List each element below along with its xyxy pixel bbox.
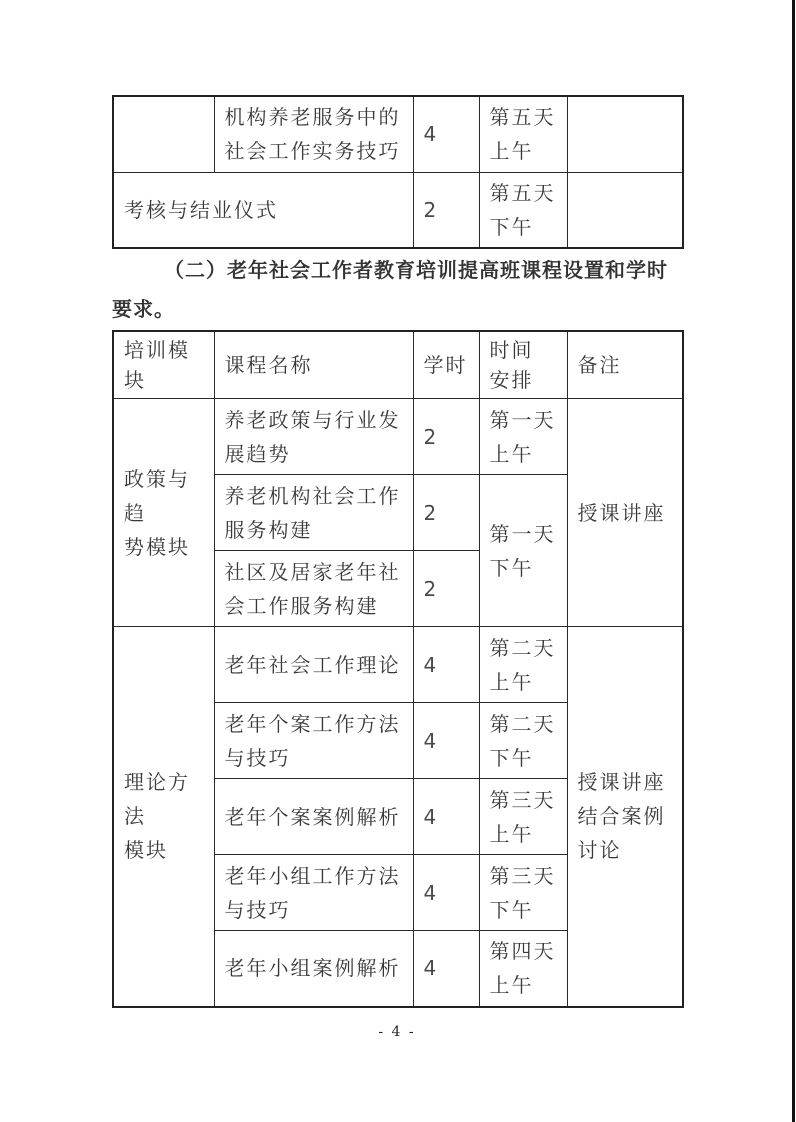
hours-cell: 2 xyxy=(413,475,479,551)
hours-cell: 4 xyxy=(413,96,479,172)
note-cell-empty xyxy=(567,96,683,172)
header-time: 时间 安排 xyxy=(479,331,567,399)
course-cell: 养老政策与行业发 展趋势 xyxy=(214,399,413,475)
time-cell: 第一天 下午 xyxy=(479,475,567,627)
course-cell: 考核与结业仪式 xyxy=(113,172,413,248)
header-hours: 学时 xyxy=(413,331,479,399)
top-table: 机构养老服务中的 社会工作实务技巧 4 第五天 上午 考核与结业仪式 2 第五天… xyxy=(112,95,684,249)
course-cell: 养老机构社会工作 服务构建 xyxy=(214,475,413,551)
header-module: 培训模块 xyxy=(113,331,214,399)
main-table: 培训模块 课程名称 学时 时间 安排 备注 政策与趋 势模块 养老政策与行业发 … xyxy=(112,330,684,1008)
module-cell-empty xyxy=(113,96,214,172)
note-cell-empty xyxy=(567,172,683,248)
hours-cell: 2 xyxy=(413,399,479,475)
header-course: 课程名称 xyxy=(214,331,413,399)
time-cell: 第三天 下午 xyxy=(479,855,567,931)
course-cell: 社区及居家老年社 会工作服务构建 xyxy=(214,551,413,627)
module-cell: 政策与趋 势模块 xyxy=(113,399,214,627)
table-header-row: 培训模块 课程名称 学时 时间 安排 备注 xyxy=(113,331,683,399)
document-page: 机构养老服务中的 社会工作实务技巧 4 第五天 上午 考核与结业仪式 2 第五天… xyxy=(0,0,796,1122)
page-number: - 4 - xyxy=(112,1024,682,1040)
course-cell: 老年小组工作方法 与技巧 xyxy=(214,855,413,931)
time-cell: 第二天 下午 xyxy=(479,703,567,779)
hours-cell: 4 xyxy=(413,855,479,931)
note-cell: 授课讲座 结合案例 讨论 xyxy=(567,627,683,1007)
course-cell: 老年个案案例解析 xyxy=(214,779,413,855)
hours-cell: 4 xyxy=(413,627,479,703)
scan-edge-line xyxy=(792,0,795,1122)
table-row: 考核与结业仪式 2 第五天 下午 xyxy=(113,172,683,248)
hours-cell: 2 xyxy=(413,172,479,248)
course-cell: 机构养老服务中的 社会工作实务技巧 xyxy=(214,96,413,172)
table-row: 政策与趋 势模块 养老政策与行业发 展趋势 2 第一天 上午 授课讲座 xyxy=(113,399,683,475)
time-cell: 第一天 上午 xyxy=(479,399,567,475)
time-cell: 第四天 上午 xyxy=(479,931,567,1007)
hours-cell: 2 xyxy=(413,551,479,627)
header-note: 备注 xyxy=(567,331,683,399)
time-cell: 第五天 下午 xyxy=(479,172,567,248)
hours-cell: 4 xyxy=(413,779,479,855)
table-row: 机构养老服务中的 社会工作实务技巧 4 第五天 上午 xyxy=(113,96,683,172)
hours-cell: 4 xyxy=(413,931,479,1007)
course-cell: 老年个案工作方法 与技巧 xyxy=(214,703,413,779)
hours-cell: 4 xyxy=(413,703,479,779)
table-row: 理论方法 模块 老年社会工作理论 4 第二天 上午 授课讲座 结合案例 讨论 xyxy=(113,627,683,703)
time-cell: 第二天 上午 xyxy=(479,627,567,703)
course-cell: 老年社会工作理论 xyxy=(214,627,413,703)
course-cell: 老年小组案例解析 xyxy=(214,931,413,1007)
note-cell: 授课讲座 xyxy=(567,399,683,627)
time-cell: 第五天 上午 xyxy=(479,96,567,172)
module-cell: 理论方法 模块 xyxy=(113,627,214,1007)
section-heading: （二）老年社会工作者教育培训提高班课程设置和学时 要求。 xyxy=(112,251,684,329)
time-cell: 第三天 上午 xyxy=(479,779,567,855)
